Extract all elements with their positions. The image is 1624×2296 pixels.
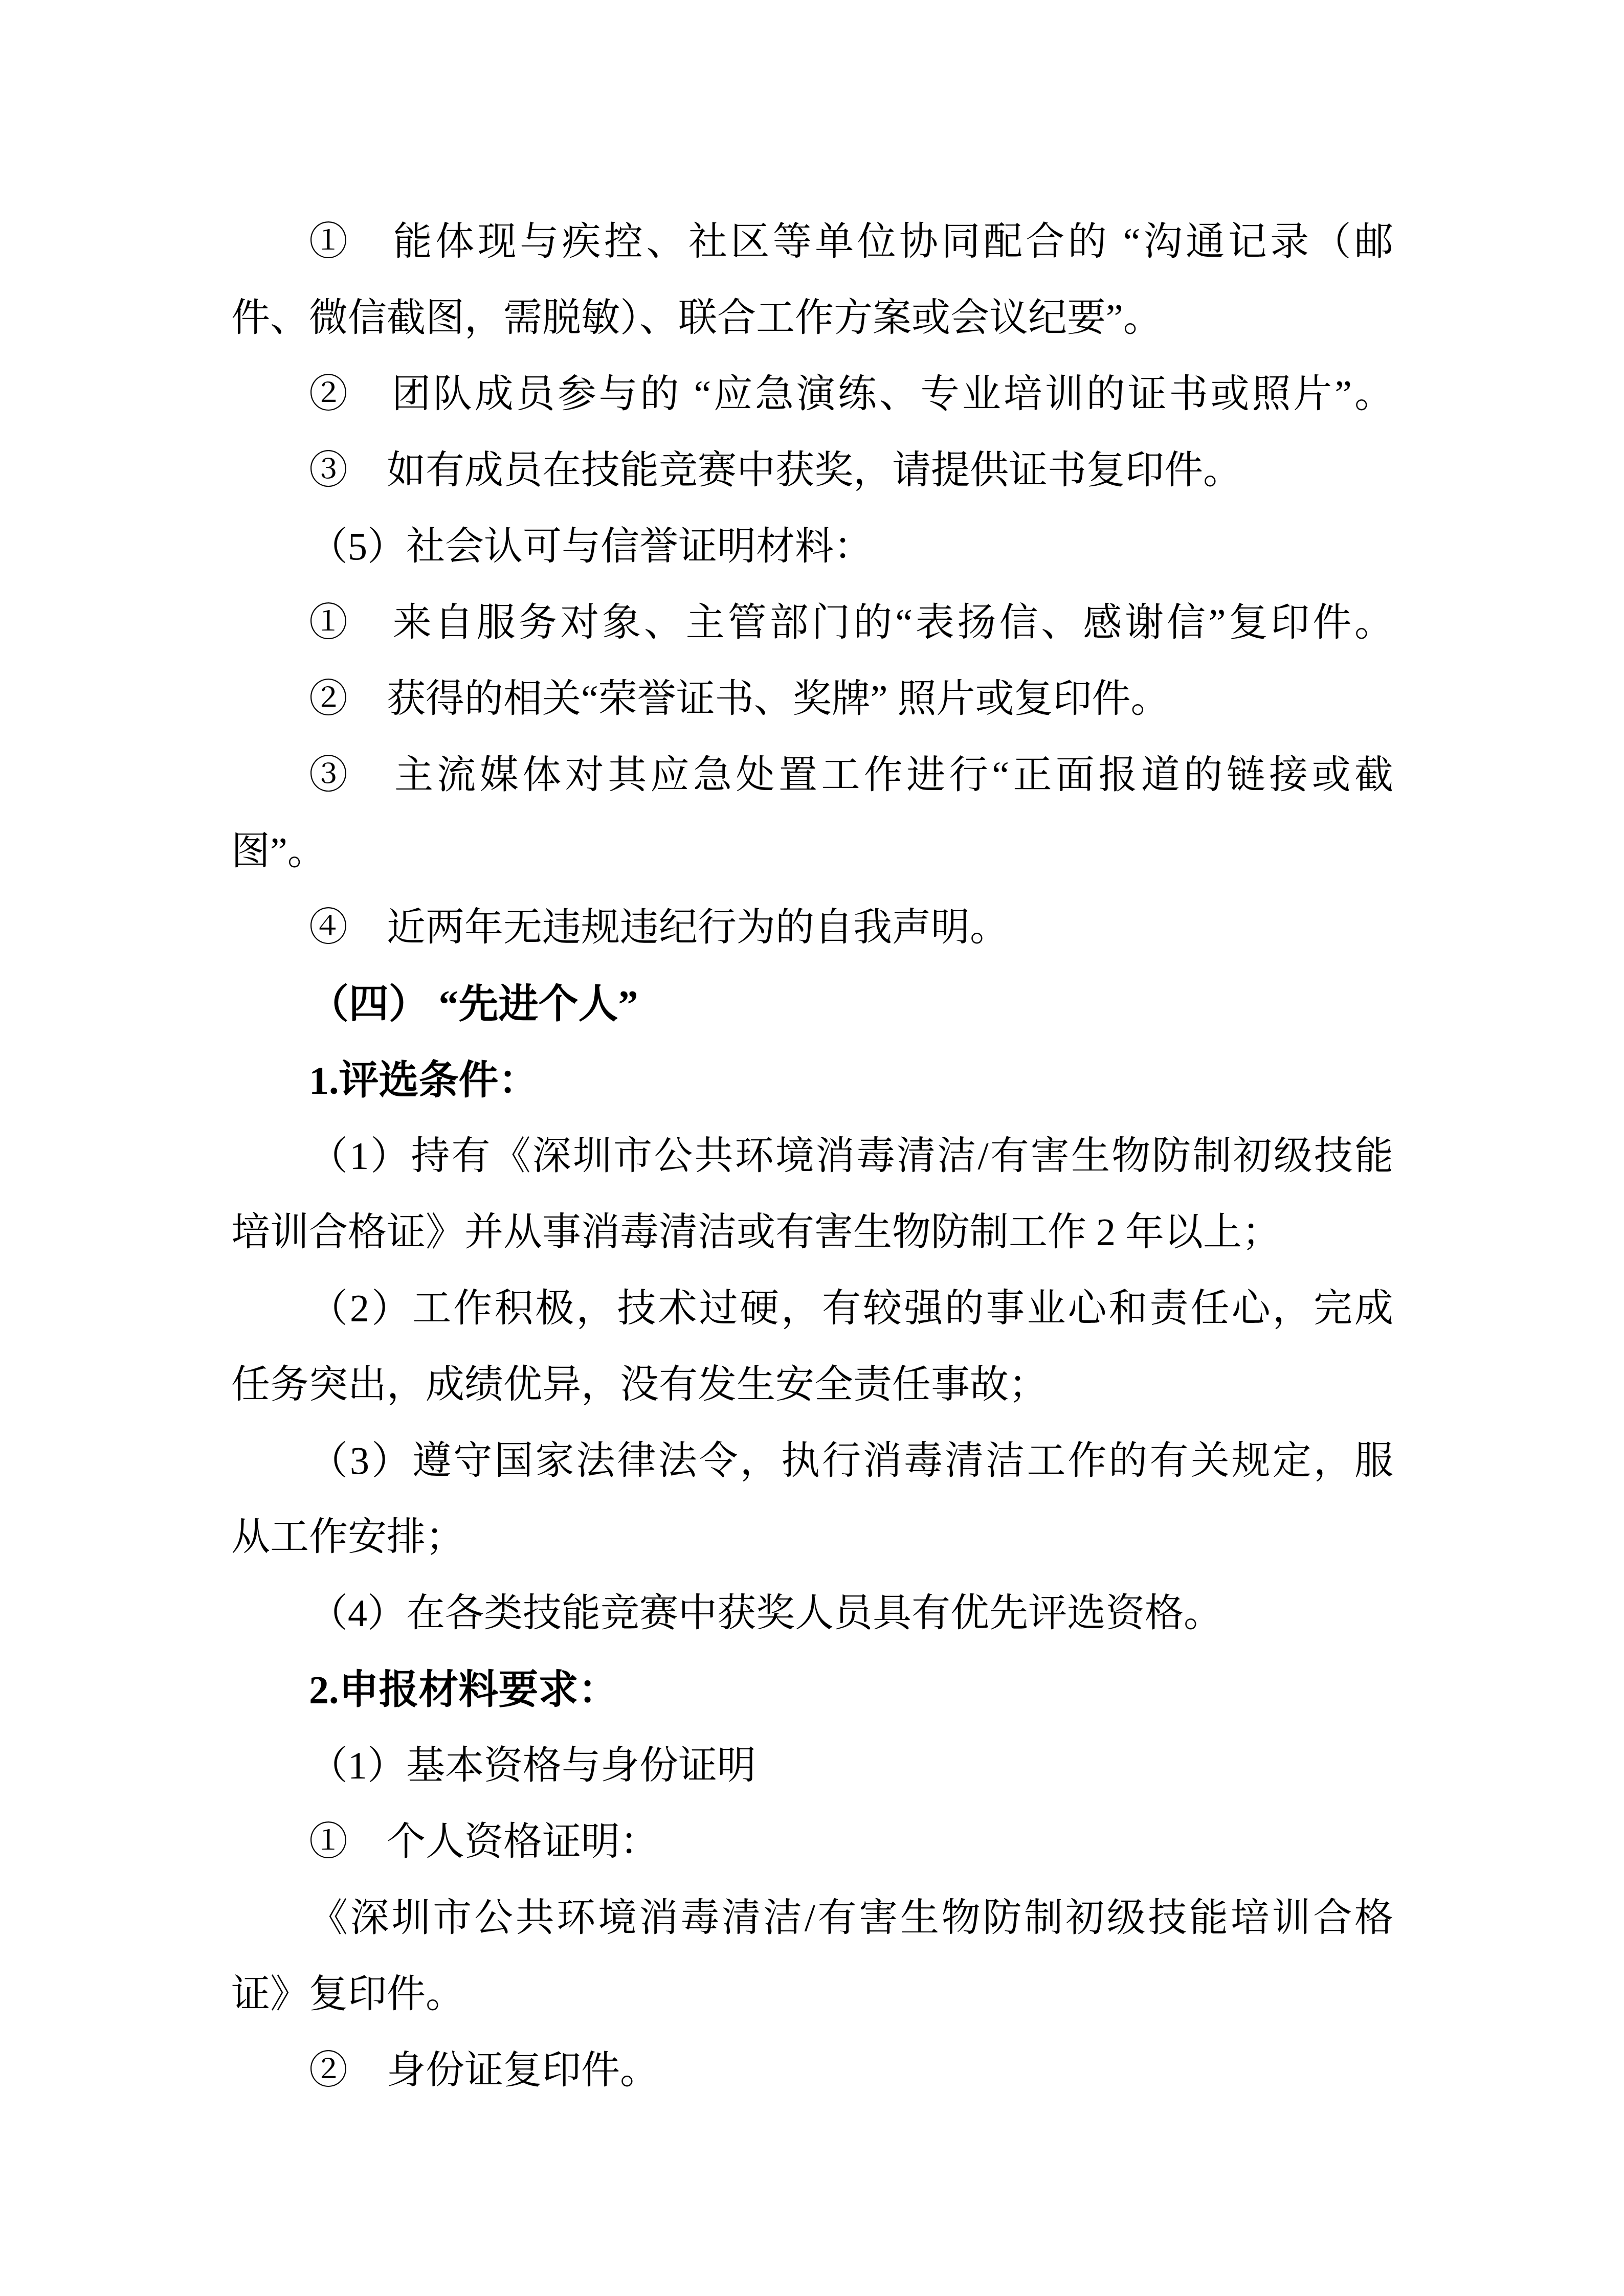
heading-application-materials: 2.申报材料要求： (231, 1652, 1393, 1728)
item-training-certificate-line2: 证》复印件。 (231, 1956, 1393, 2033)
subheading-basic-qualification-identity: （1）基本资格与身份证明 (231, 1728, 1393, 1804)
item-personal-qualification-proof: ① 个人资格证明： (231, 1804, 1393, 1880)
subheading-social-recognition-materials: （5）社会认可与信誉证明材料： (231, 509, 1393, 585)
item-drill-training-certificates: ② 团队成员参与的 “应急演练、专业培训的证书或照片”。 (231, 356, 1393, 433)
item-communication-records-line2: 件、微信截图，需脱敏）、联合工作方案或会议纪要”。 (231, 280, 1393, 356)
item-media-reports-line2: 图”。 (231, 814, 1393, 890)
item-training-certificate-line1: 《深圳市公共环境消毒清洁/有害生物防制初级技能培训合格 (231, 1880, 1393, 1956)
item-criteria3-line1: （3）遵守国家法律法令，执行消毒清洁工作的有关规定，服 (231, 1423, 1393, 1499)
item-member-competition-award: ③ 如有成员在技能竞赛中获奖，请提供证书复印件。 (231, 433, 1393, 509)
document-page: ① 能体现与疾控、社区等单位协同配合的 “沟通记录（邮 件、微信截图，需脱敏）、… (0, 0, 1624, 2296)
item-praise-thank-letters: ① 来自服务对象、主管部门的“表扬信、感谢信”复印件。 (231, 585, 1393, 661)
item-honor-certificates-medals: ② 获得的相关“荣誉证书、奖牌” 照片或复印件。 (231, 661, 1393, 737)
item-criteria1-line1: （1）持有《深圳市公共环境消毒清洁/有害生物防制初级技能 (231, 1118, 1393, 1195)
item-self-declaration: ④ 近两年无违规违纪行为的自我声明。 (231, 890, 1393, 966)
item-id-card-copy: ② 身份证复印件。 (231, 2033, 1393, 2109)
item-criteria2-line2: 任务突出，成绩优异，没有发生安全责任事故； (231, 1347, 1393, 1423)
item-criteria1-line2: 培训合格证》并从事消毒清洁或有害生物防制工作 2 年以上； (231, 1195, 1393, 1271)
item-criteria4-priority: （4）在各类技能竞赛中获奖人员具有优先评选资格。 (231, 1575, 1393, 1652)
heading-selection-criteria: 1.评选条件： (231, 1042, 1393, 1118)
item-communication-records-line1: ① 能体现与疾控、社区等单位协同配合的 “沟通记录（邮 (231, 204, 1393, 280)
document-body: ① 能体现与疾控、社区等单位协同配合的 “沟通记录（邮 件、微信截图，需脱敏）、… (231, 204, 1393, 2109)
item-media-reports-line1: ③ 主流媒体对其应急处置工作进行“正面报道的链接或截 (231, 737, 1393, 814)
item-criteria3-line2: 从工作安排； (231, 1499, 1393, 1575)
heading-section4-advanced-individual: （四） “先进个人” (231, 966, 1393, 1042)
item-criteria2-line1: （2）工作积极，技术过硬，有较强的事业心和责任心，完成 (231, 1271, 1393, 1347)
